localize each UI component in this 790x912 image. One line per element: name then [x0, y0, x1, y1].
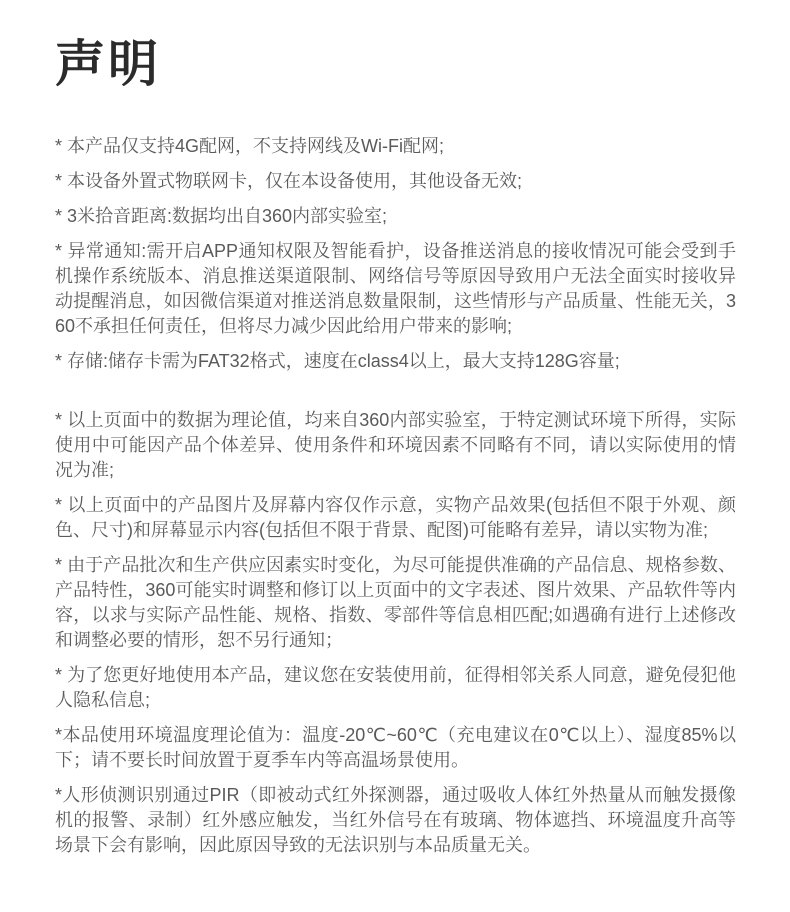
statement-paragraph-product-revisions: * 由于产品批次和生产供应因素实时变化，为尽可能提供准确的产品信息、规格参数、产…: [55, 553, 736, 653]
statement-paragraph-pir-detection: *人形侦测识别通过PIR（即被动式红外探测器，通过吸收人体红外热量从而触发摄像机…: [55, 783, 736, 858]
statement-paragraph-audio-range: * 3米拾音距离:数据均出自360内部实验室;: [55, 204, 736, 229]
statement-paragraph-operating-temperature: *本品使用环境温度理论值为：温度-20℃~60℃（充电建议在0℃以上）、湿度85…: [55, 723, 736, 773]
statement-page: 声明 * 本产品仅支持4G配网，不支持网线及Wi-Fi配网; * 本设备外置式物…: [0, 0, 790, 912]
statement-paragraph-iot-card: * 本设备外置式物联网卡，仅在本设备使用，其他设备无效;: [55, 169, 736, 194]
statement-paragraph-theoretical-data: * 以上页面中的数据为理论值，均来自360内部实验室，于特定测试环境下所得，实际…: [55, 408, 736, 483]
statement-paragraph-abnormal-notification: * 异常通知:需开启APP通知权限及智能看护，设备推送消息的接收情况可能会受到手…: [55, 239, 736, 339]
statement-paragraph-4g-network: * 本产品仅支持4G配网，不支持网线及Wi-Fi配网;: [55, 134, 736, 159]
statement-paragraph-product-images: * 以上页面中的产品图片及屏幕内容仅作示意，实物产品效果(包括但不限于外观、颜色…: [55, 493, 736, 543]
page-title: 声明: [55, 34, 736, 94]
statement-paragraph-storage: * 存储:储存卡需为FAT32格式，速度在class4以上，最大支持128G容量…: [55, 349, 736, 374]
statement-paragraph-privacy-consent: * 为了您更好地使用本产品，建议您在安装使用前，征得相邻关系人同意，避免侵犯他人…: [55, 663, 736, 713]
